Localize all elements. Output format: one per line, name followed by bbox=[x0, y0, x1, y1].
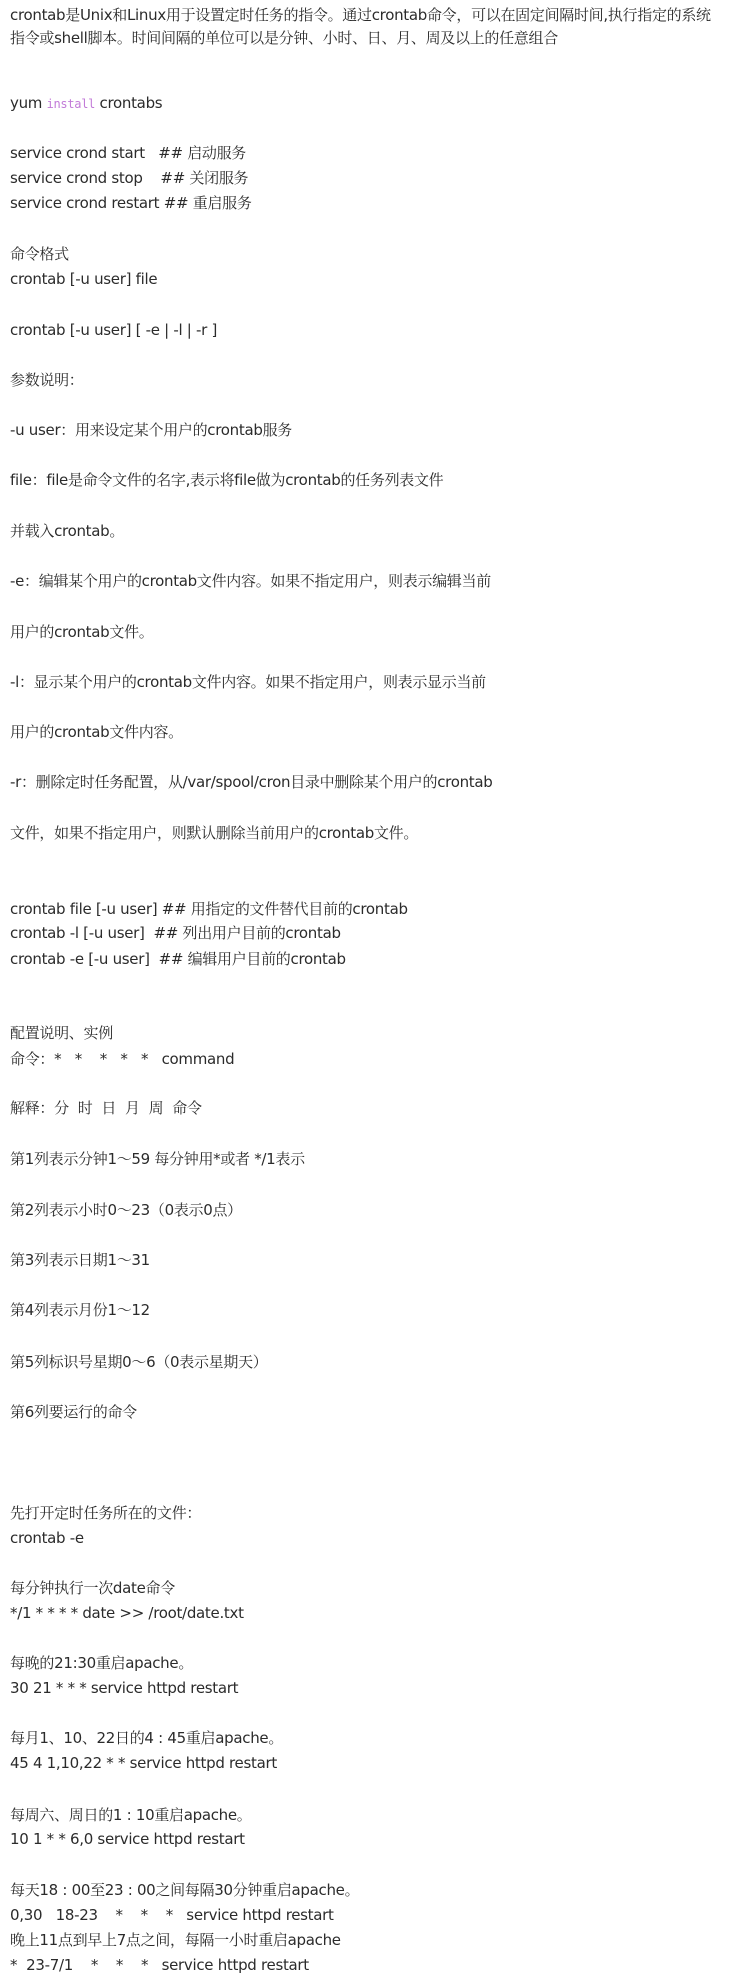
param-r-cont: 文件，如果不指定用户，则默认删除当前用户的crontab文件。 bbox=[10, 822, 418, 844]
param-l-cont: 用户的crontab文件内容。 bbox=[10, 721, 183, 743]
column-1-desc: 第1列表示分钟1～59 每分钟用*或者 */1表示 bbox=[10, 1148, 305, 1170]
param-file: file：file是命令文件的名字,表示将file做为crontab的任务列表文… bbox=[10, 469, 443, 491]
example-3-cmd: 45 4 1,10,22 * * service httpd restart bbox=[10, 1752, 277, 1774]
column-2-desc: 第2列表示小时0～23（0表示0点） bbox=[10, 1199, 242, 1221]
format-line-options: crontab [-u user] [ -e | -l | -r ] bbox=[10, 319, 217, 341]
example-6-cmd: * 23-7/1 * * * service httpd restart bbox=[10, 1954, 309, 1976]
install-keyword: install bbox=[47, 97, 95, 111]
param-u-user: -u user：用来设定某个用户的crontab服务 bbox=[10, 419, 292, 441]
param-r: -r：删除定时任务配置，从/var/spool/cron目录中删除某个用户的cr… bbox=[10, 771, 492, 793]
service-restart-command: service crond restart ## 重启服务 bbox=[10, 192, 252, 214]
example-1-cmd: */1 * * * * date >> /root/date.txt bbox=[10, 1602, 244, 1624]
param-file-cont: 并载入crontab。 bbox=[10, 520, 124, 542]
param-e: -e：编辑某个用户的crontab文件内容。如果不指定用户，则表示编辑当前 bbox=[10, 570, 491, 592]
config-explain: 解释：分 时 日 月 周 命令 bbox=[10, 1097, 202, 1119]
column-6-desc: 第6列要运行的命令 bbox=[10, 1401, 137, 1423]
open-file-label: 先打开定时任务所在的文件： bbox=[10, 1502, 201, 1524]
config-command-format: 命令：* * * * * command bbox=[10, 1048, 234, 1070]
example-1-desc: 每分钟执行一次date命令 bbox=[10, 1577, 175, 1599]
example-4-desc: 每周六、周日的1 : 10重启apache。 bbox=[10, 1804, 252, 1826]
usage-file-command: crontab file [-u user] ## 用指定的文件替代目前的cro… bbox=[10, 898, 408, 920]
column-5-desc: 第5列标识号星期0～6（0表示星期天） bbox=[10, 1351, 267, 1373]
example-3-desc: 每月1、10、22日的4 : 45重启apache。 bbox=[10, 1727, 283, 1749]
param-l: -l：显示某个用户的crontab文件内容。如果不指定用户，则表示显示当前 bbox=[10, 671, 486, 693]
usage-edit-command: crontab -e [-u user] ## 编辑用户目前的crontab bbox=[10, 948, 346, 970]
format-line-file: crontab [-u user] file bbox=[10, 268, 157, 290]
install-command: yum install crontabs bbox=[10, 92, 162, 114]
service-start-command: service crond start ## 启动服务 bbox=[10, 142, 246, 164]
example-4-cmd: 10 1 * * 6,0 service httpd restart bbox=[10, 1828, 245, 1850]
usage-list-command: crontab -l [-u user] ## 列出用户目前的crontab bbox=[10, 922, 341, 944]
column-4-desc: 第4列表示月份1～12 bbox=[10, 1299, 150, 1321]
article-body: crontab是Unix和Linux用于设置定时任务的指令。通过crontab命… bbox=[0, 0, 733, 1978]
params-title: 参数说明： bbox=[10, 369, 84, 391]
intro-paragraph: crontab是Unix和Linux用于设置定时任务的指令。通过crontab命… bbox=[10, 4, 725, 50]
format-title: 命令格式 bbox=[10, 243, 69, 265]
install-prefix: yum bbox=[10, 94, 47, 112]
column-3-desc: 第3列表示日期1～31 bbox=[10, 1249, 150, 1271]
service-stop-command: service crond stop ## 关闭服务 bbox=[10, 167, 248, 189]
open-file-command: crontab -e bbox=[10, 1527, 84, 1549]
example-5-cmd: 0,30 18-23 * * * service httpd restart bbox=[10, 1904, 334, 1926]
param-e-cont: 用户的crontab文件。 bbox=[10, 621, 153, 643]
example-5-desc: 每天18 : 00至23 : 00之间每隔30分钟重启apache。 bbox=[10, 1879, 359, 1901]
example-6-desc: 晚上11点到早上7点之间，每隔一小时重启apache bbox=[10, 1929, 341, 1951]
config-title: 配置说明、实例 bbox=[10, 1022, 113, 1044]
install-suffix: crontabs bbox=[95, 94, 162, 112]
example-2-cmd: 30 21 * * * service httpd restart bbox=[10, 1677, 238, 1699]
example-2-desc: 每晚的21:30重启apache。 bbox=[10, 1652, 193, 1674]
